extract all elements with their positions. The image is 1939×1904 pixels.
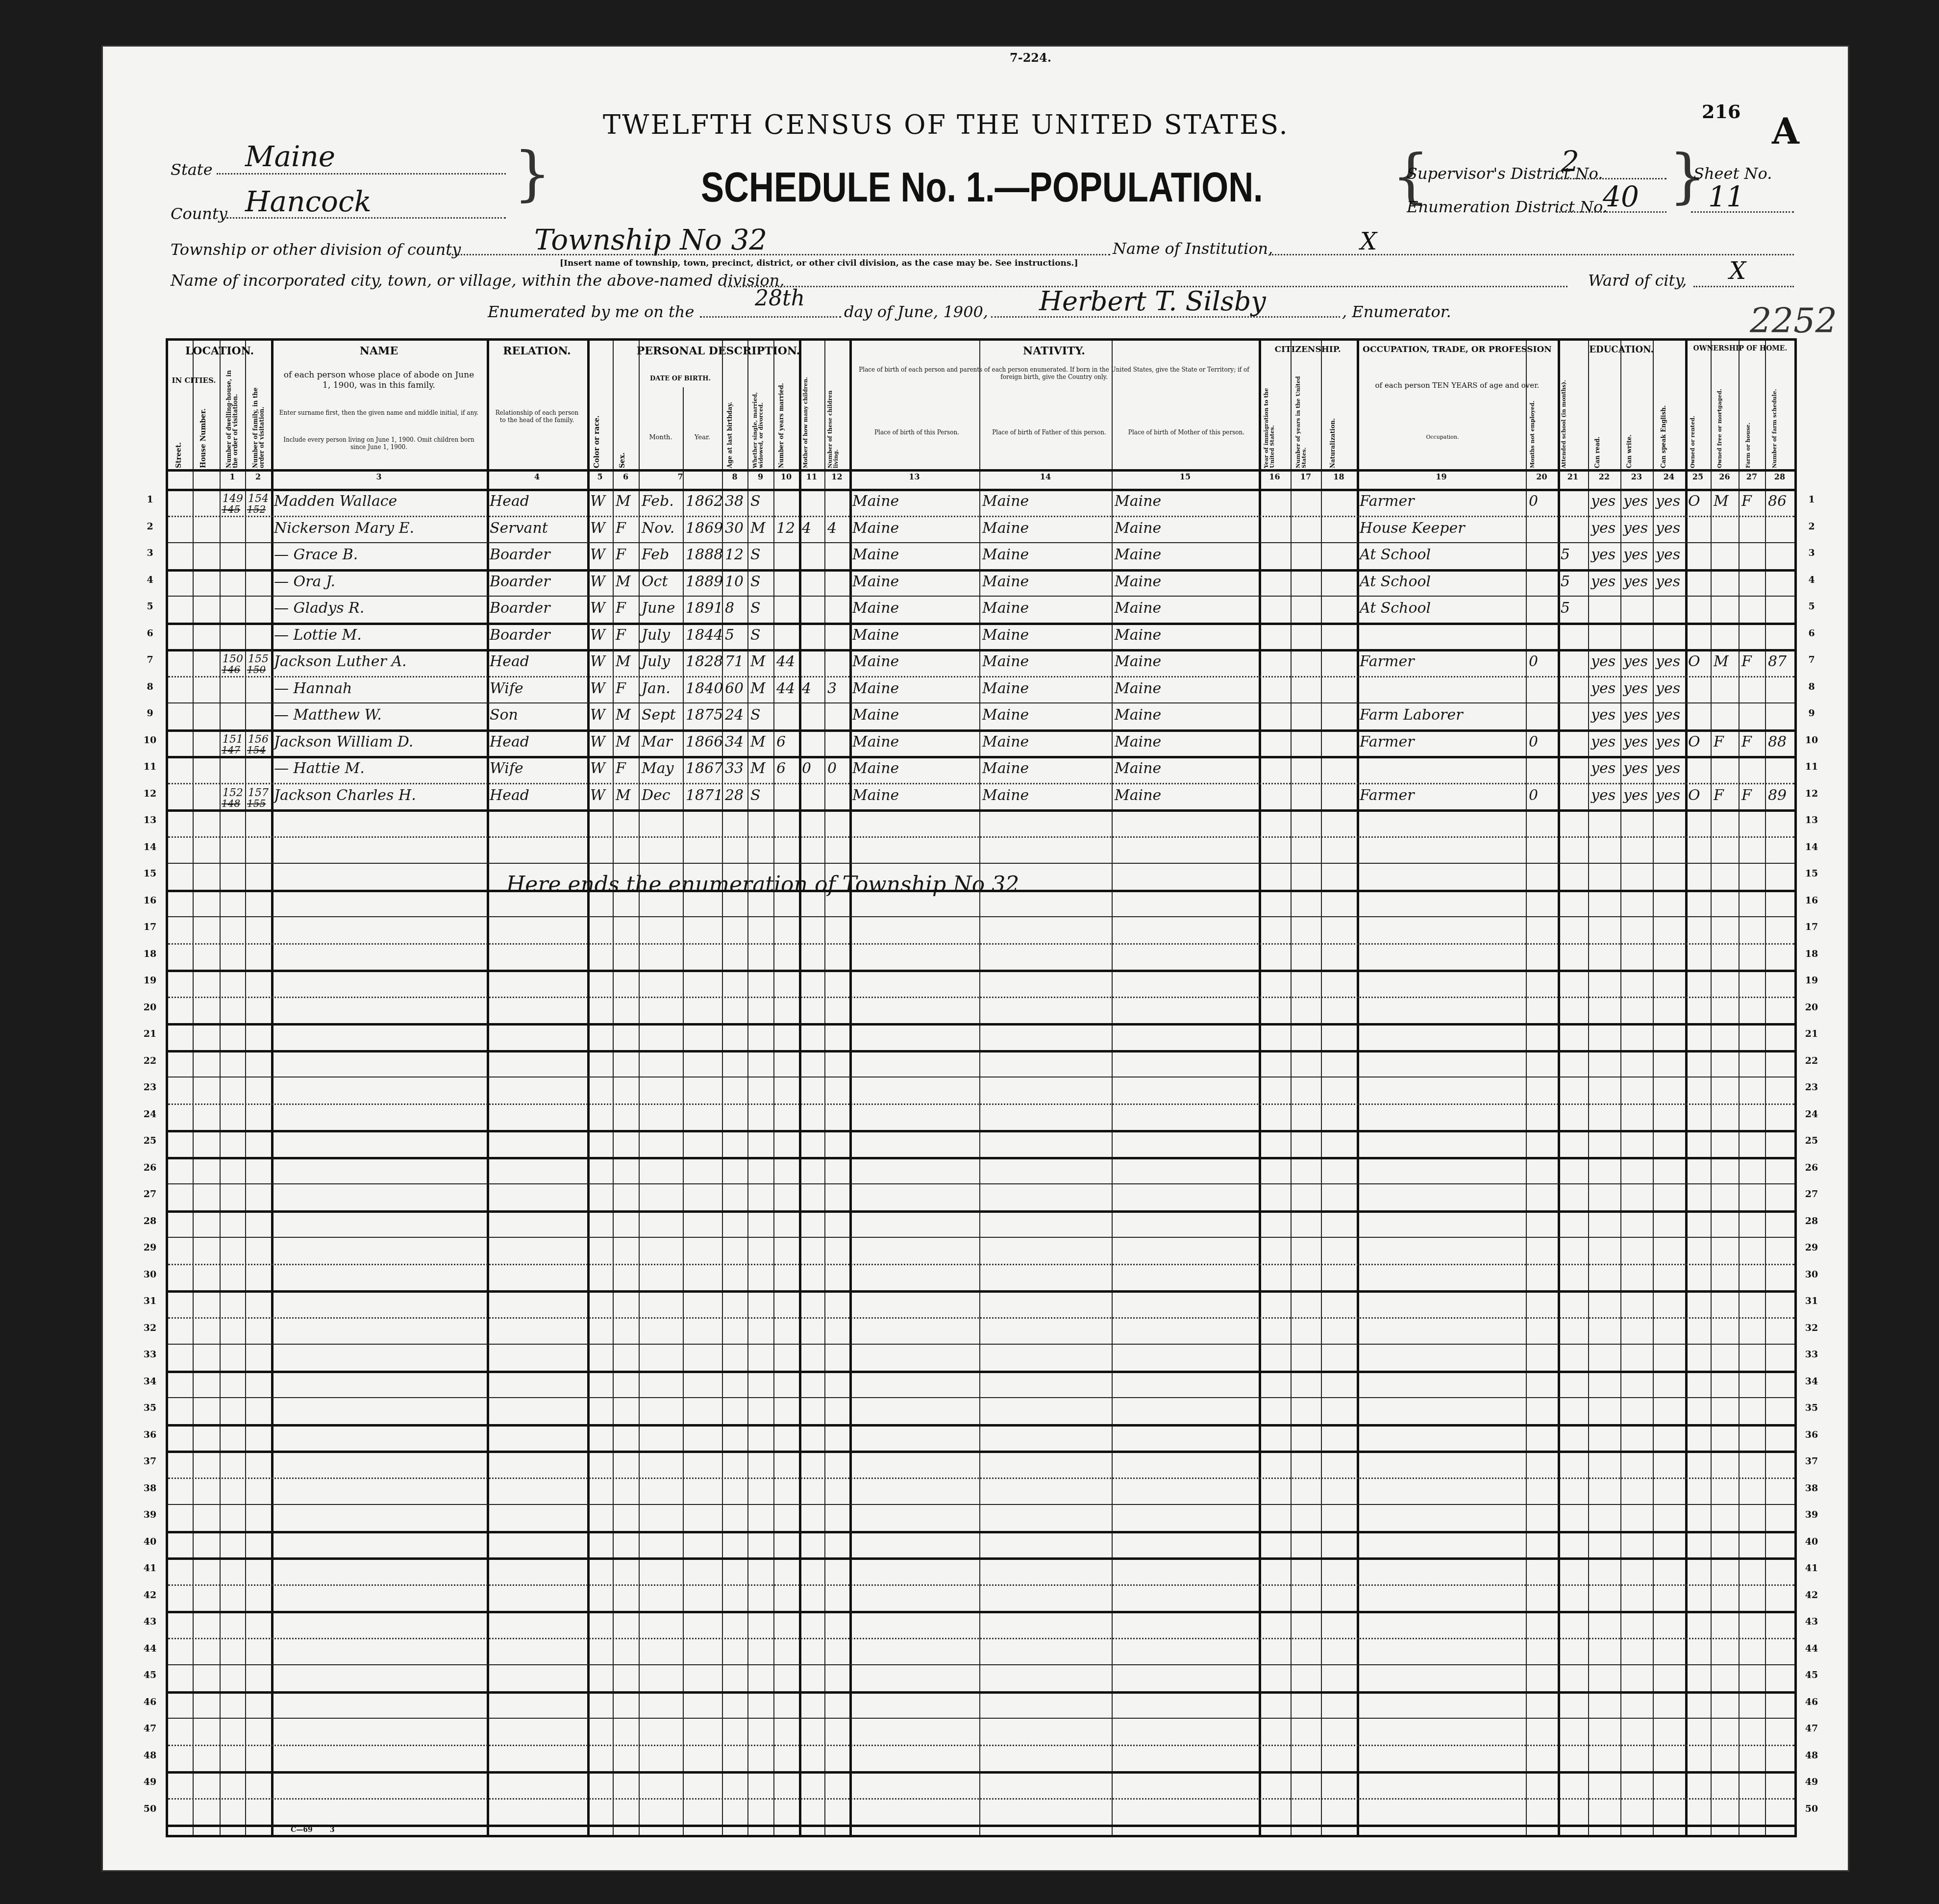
cell-year: 1889 <box>686 573 723 590</box>
line-number-left: 12 <box>140 788 160 799</box>
cell-name: — Matthew W. <box>274 706 382 724</box>
line-number-right: 38 <box>1802 1483 1821 1494</box>
cell-marital: S <box>750 706 761 724</box>
row-rule <box>168 1584 1794 1586</box>
cell-month: Sept <box>642 706 676 724</box>
cell-occupation: Farmer <box>1360 493 1415 510</box>
vh-attended-school: Attended school (in months). <box>1561 370 1567 468</box>
cell-birth-person: Maine <box>852 760 899 777</box>
cell-yrs-married: 6 <box>776 760 786 777</box>
line-number-right: 29 <box>1802 1242 1821 1253</box>
line-number-right: 47 <box>1802 1723 1821 1734</box>
cell-speak: yes <box>1656 733 1680 751</box>
row-rule <box>168 997 1794 998</box>
column-number: 10 <box>773 472 799 481</box>
cell-age: 30 <box>725 520 744 537</box>
cell-sex: M <box>616 733 631 751</box>
cell-owned: O <box>1688 787 1700 804</box>
cell-age: 24 <box>725 706 744 724</box>
cell-color: W <box>590 706 605 724</box>
line-number-right: 46 <box>1802 1697 1821 1707</box>
cell-birth-mother: Maine <box>1115 680 1161 697</box>
cell-farm-sched: 89 <box>1768 787 1787 804</box>
cell-relation: Head <box>490 787 529 804</box>
line-number-right: 14 <box>1802 842 1821 852</box>
cell-read: yes <box>1591 733 1616 751</box>
column-number: 16 <box>1259 472 1291 481</box>
date-of-birth: DATE OF BIRTH. <box>639 375 722 383</box>
line-number-right: 45 <box>1802 1670 1821 1680</box>
cell-birth-person: Maine <box>852 733 899 751</box>
line-number-right: 40 <box>1802 1536 1821 1547</box>
cell-speak: yes <box>1656 706 1680 724</box>
cell-owned: O <box>1688 733 1700 751</box>
line-number-left: 19 <box>140 975 160 986</box>
line-number-right: 3 <box>1802 548 1821 558</box>
cell-birth-person: Maine <box>852 653 899 670</box>
cell-birth-person: Maine <box>852 493 899 510</box>
cell-month: Feb. <box>642 493 674 510</box>
cell-birth-father: Maine <box>982 733 1029 751</box>
line-number-left: 11 <box>140 761 160 772</box>
stamp-number: 2252 <box>1750 301 1837 341</box>
column-number: 1 <box>220 472 245 481</box>
cell-farm-sched: 86 <box>1768 493 1787 510</box>
line-number-left: 7 <box>140 654 160 665</box>
cell-read: yes <box>1591 520 1616 537</box>
day-line <box>700 316 841 318</box>
cell-color: W <box>590 573 605 590</box>
cell-relation: Servant <box>490 520 548 537</box>
cell-write: yes <box>1623 706 1648 724</box>
cell-birth-mother: Maine <box>1115 626 1161 644</box>
township-label: Township or other division of county <box>171 240 461 259</box>
cell-month: May <box>642 760 674 777</box>
cell-sex: M <box>616 653 631 670</box>
cell-marital: S <box>750 626 761 644</box>
cell-birth-person: Maine <box>852 546 899 563</box>
cell-month: Mar <box>642 733 672 751</box>
cell-age: 60 <box>725 680 744 697</box>
line-number-left: 35 <box>140 1403 160 1413</box>
cell-year: 1871 <box>686 787 723 804</box>
cell-occupation: At School <box>1360 546 1431 563</box>
table-row: — Gladys R.BoarderWFJune18918SMaineMaine… <box>168 596 1794 623</box>
column-number: 11 <box>799 472 824 481</box>
column-number: 20 <box>1526 472 1558 481</box>
vh-owned-rented: Owned or rented. <box>1690 370 1696 468</box>
cell-speak: yes <box>1656 546 1680 563</box>
cell-occupation: House Keeper <box>1360 520 1465 537</box>
cell-month: June <box>642 600 675 617</box>
cell-birth-person: Maine <box>852 706 899 724</box>
vh-farm-house: Farm or house. <box>1745 370 1751 468</box>
line-number-right: 30 <box>1802 1269 1821 1280</box>
supervisor-line <box>1549 178 1666 179</box>
cell-write: yes <box>1623 573 1648 590</box>
print-num: 3 <box>330 1826 335 1835</box>
line-number-right: 19 <box>1802 975 1821 986</box>
line-number-right: 27 <box>1802 1189 1821 1200</box>
birth-father-label: Place of birth of Father of this person. <box>987 429 1112 436</box>
line-number-right: 18 <box>1802 949 1821 959</box>
cell-unemployed: 0 <box>1529 733 1538 751</box>
line-number-left: 15 <box>140 868 160 879</box>
table-row: — Grace B.BoarderWFFeb188812SMaineMaineM… <box>168 542 1794 569</box>
row-rule <box>168 1344 1794 1345</box>
cell-sex: F <box>616 546 626 563</box>
cell-marital: S <box>750 546 761 563</box>
cell-year: 1891 <box>686 600 723 617</box>
cell-speak: yes <box>1656 520 1680 537</box>
cell-farm: F <box>1741 653 1752 670</box>
cell-mother-of: 4 <box>802 680 811 697</box>
cell-relation: Boarder <box>490 600 550 617</box>
line-number-right: 49 <box>1802 1777 1821 1787</box>
cell-birth-father: Maine <box>982 520 1029 537</box>
state-value: Maine <box>245 140 335 173</box>
table-row: 150155Jackson Luther A.HeadWMJuly182871M… <box>168 649 1794 676</box>
struck-family-number: 154 <box>247 744 266 756</box>
vh-dwelling: Number of dwelling-house, in the order o… <box>226 370 239 468</box>
line-number-left: 46 <box>140 1697 160 1707</box>
row-rule <box>168 1157 1794 1159</box>
row-rule <box>168 1718 1794 1719</box>
cell-write: yes <box>1623 787 1648 804</box>
cell-age: 33 <box>725 760 744 777</box>
sheet-value: 11 <box>1708 180 1744 213</box>
line-number-left: 26 <box>140 1162 160 1173</box>
cell-read: yes <box>1591 653 1616 670</box>
cell-owned: O <box>1688 493 1700 510</box>
header-rule <box>168 469 1794 472</box>
line-number-right: 2 <box>1802 521 1821 532</box>
line-number-right: 34 <box>1802 1376 1821 1387</box>
row-rule <box>168 1478 1794 1479</box>
line-number-right: 10 <box>1802 735 1821 746</box>
column-number: 9 <box>747 472 773 481</box>
table-row: 152157Jackson Charles H.HeadWMDec187128S… <box>168 783 1794 810</box>
cell-birth-mother: Maine <box>1115 706 1161 724</box>
cell-birth-person: Maine <box>852 520 899 537</box>
cell-birth-father: Maine <box>982 600 1029 617</box>
row-rule <box>168 1077 1794 1077</box>
line-number-right: 22 <box>1802 1055 1821 1066</box>
table-row: — HannahWifeWFJan.184060M4443MaineMaineM… <box>168 676 1794 703</box>
column-number: 4 <box>487 472 587 481</box>
row-rule <box>168 1424 1794 1427</box>
state-label: State <box>171 160 213 179</box>
county-value: Hancock <box>245 185 372 218</box>
cell-birth-father: Maine <box>982 706 1029 724</box>
column-number: 27 <box>1739 472 1765 481</box>
line-number-left: 32 <box>140 1323 160 1333</box>
cell-color: W <box>590 680 605 697</box>
cell-farm: F <box>1741 787 1752 804</box>
cell-sex: F <box>616 626 626 644</box>
cell-month: Nov. <box>642 520 674 537</box>
name-desc: of each person whose place of abode on J… <box>278 370 479 391</box>
cell-free: M <box>1714 493 1729 510</box>
column-number: 13 <box>849 472 979 481</box>
line-number-right: 21 <box>1802 1028 1821 1039</box>
line-number-left: 45 <box>140 1670 160 1680</box>
cell-school: 5 <box>1561 546 1570 563</box>
line-number-right: 6 <box>1802 628 1821 639</box>
cell-yrs-married: 6 <box>776 733 786 751</box>
struck-family-number: 155 <box>247 798 266 809</box>
line-number-left: 36 <box>140 1429 160 1440</box>
line-number-right: 37 <box>1802 1456 1821 1467</box>
ward-line <box>1693 286 1794 287</box>
line-number-left: 13 <box>140 815 160 826</box>
column-number: 23 <box>1620 472 1653 481</box>
line-number-right: 12 <box>1802 788 1821 799</box>
month-label: Month. <box>639 434 683 442</box>
line-number-left: 14 <box>140 842 160 852</box>
group-occupation: OCCUPATION, TRADE, OR PROFESSION <box>1357 345 1558 354</box>
state-line <box>217 173 506 175</box>
cell-write: yes <box>1623 493 1648 510</box>
line-number-right: 4 <box>1802 575 1821 585</box>
line-number-right: 11 <box>1802 761 1821 772</box>
cell-name: — Hattie M. <box>274 760 365 777</box>
row-rule <box>168 1237 1794 1238</box>
cell-owned: O <box>1688 653 1700 670</box>
cell-birth-mother: Maine <box>1115 653 1161 670</box>
line-number-left: 8 <box>140 681 160 692</box>
line-number-left: 23 <box>140 1082 160 1093</box>
line-number-right: 26 <box>1802 1162 1821 1173</box>
cell-marital: S <box>750 600 761 617</box>
line-number-right: 8 <box>1802 681 1821 692</box>
census-sheet: 7-224. 216 A TWELFTH CENSUS OF THE UNITE… <box>103 47 1848 1870</box>
cell-free: M <box>1714 653 1729 670</box>
schedule-title: SCHEDULE No. 1.—POPULATION. <box>701 163 1263 212</box>
cell-yrs-married: 12 <box>776 520 795 537</box>
line-number-right: 16 <box>1802 895 1821 906</box>
table-row: — Lottie M.BoarderWFJuly18445SMaineMaine… <box>168 623 1794 650</box>
cell-color: W <box>590 760 605 777</box>
row-rule <box>168 1397 1794 1398</box>
cell-relation: Wife <box>490 680 523 697</box>
in-cities: IN CITIES. <box>168 376 220 385</box>
population-table: LOCATION. IN CITIES. NAME of each person… <box>166 338 1797 1837</box>
enumerator-label: , Enumerator. <box>1342 302 1451 321</box>
cell-month: Jan. <box>642 680 671 697</box>
cell-name: — Grace B. <box>274 546 358 563</box>
cell-speak: yes <box>1656 787 1680 804</box>
cell-relation: Boarder <box>490 573 550 590</box>
line-number-right: 17 <box>1802 922 1821 932</box>
cell-month: Oct <box>642 573 668 590</box>
cell-marital: M <box>750 653 766 670</box>
line-number-right: 20 <box>1802 1002 1821 1013</box>
cell-living: 3 <box>827 680 837 697</box>
cell-occupation: Farmer <box>1360 787 1415 804</box>
cell-occupation: Farmer <box>1360 653 1415 670</box>
cell-name: Jackson Charles H. <box>274 787 416 804</box>
line-number-left: 49 <box>140 1777 160 1787</box>
vh-farm-schedule: Number of farm schedule. <box>1772 370 1778 468</box>
struck-family-number: 150 <box>247 664 266 676</box>
column-number: 2 <box>245 472 271 481</box>
line-number-right: 41 <box>1802 1563 1821 1574</box>
table-row: 149154Madden WallaceHeadWMFeb.186238SMai… <box>168 489 1794 516</box>
vh-immigration: Year of immigration to the United States… <box>1264 370 1275 468</box>
cell-unemployed: 0 <box>1529 787 1538 804</box>
cell-birth-father: Maine <box>982 626 1029 644</box>
row-rule <box>168 1664 1794 1665</box>
cell-relation: Son <box>490 706 518 724</box>
occupation-desc: of each person TEN YEARS of age and over… <box>1362 381 1553 390</box>
cell-write: yes <box>1623 546 1648 563</box>
cell-farm: F <box>1741 733 1752 751</box>
line-number-left: 31 <box>140 1296 160 1306</box>
cell-occupation: At School <box>1360 600 1431 617</box>
cell-birth-person: Maine <box>852 626 899 644</box>
vh-sex: Sex. <box>619 395 626 468</box>
line-number-left: 43 <box>140 1616 160 1627</box>
row-rule <box>168 1317 1794 1319</box>
cell-birth-person: Maine <box>852 680 899 697</box>
township-note: [Insert name of township, town, precinct… <box>560 258 1078 268</box>
row-rule <box>168 1451 1794 1453</box>
incorporated-label: Name of incorporated city, town, or vill… <box>171 271 784 290</box>
cell-read: yes <box>1591 493 1616 510</box>
cell-free: F <box>1714 733 1724 751</box>
cell-birth-father: Maine <box>982 493 1029 510</box>
line-number-left: 6 <box>140 628 160 639</box>
row-rule <box>168 1531 1794 1533</box>
row-rule <box>168 1371 1794 1373</box>
cell-living: 0 <box>827 760 837 777</box>
column-number: 21 <box>1558 472 1588 481</box>
vh-age: Age at last birthday. <box>727 370 733 468</box>
cell-age: 38 <box>725 493 744 510</box>
name-instr1: Enter surname first, then the given name… <box>278 409 479 417</box>
row-rule <box>168 1771 1794 1774</box>
cell-name: — Hannah <box>274 680 352 697</box>
line-number-right: 50 <box>1802 1804 1821 1814</box>
township-value: Township No 32 <box>534 223 767 256</box>
line-number-right: 15 <box>1802 868 1821 879</box>
cell-month: July <box>642 653 670 670</box>
enumerated-day: 28th <box>755 286 805 311</box>
cell-age: 12 <box>725 546 744 563</box>
line-number-right: 7 <box>1802 654 1821 665</box>
line-number-left: 27 <box>140 1189 160 1200</box>
table-row: — Matthew W.SonWMSept187524SMaineMaineMa… <box>168 702 1794 729</box>
cell-write: yes <box>1623 653 1648 670</box>
cell-color: W <box>590 626 605 644</box>
line-number-left: 10 <box>140 735 160 746</box>
cell-color: W <box>590 493 605 510</box>
vh-house-number: House Number. <box>200 395 207 468</box>
cell-sex: M <box>616 573 631 590</box>
cell-relation: Head <box>490 653 529 670</box>
row-rule <box>168 809 1794 812</box>
cell-sex: F <box>616 760 626 777</box>
cell-farm-sched: 87 <box>1768 653 1787 670</box>
county-label: County <box>171 204 227 223</box>
cell-name: Jackson Luther A. <box>274 653 407 670</box>
cell-relation: Head <box>490 493 529 510</box>
cell-color: W <box>590 787 605 804</box>
cell-age: 28 <box>725 787 744 804</box>
cell-color: W <box>590 600 605 617</box>
form-code: 7-224. <box>1010 50 1051 65</box>
column-number: 26 <box>1711 472 1739 481</box>
cell-year: 1828 <box>686 653 723 670</box>
table-row: Nickerson Mary E.ServantWFNov.186930M124… <box>168 516 1794 543</box>
cell-read: yes <box>1591 787 1616 804</box>
cell-marital: M <box>750 520 766 537</box>
line-number-left: 2 <box>140 521 160 532</box>
column-number: 19 <box>1357 472 1526 481</box>
cell-month: July <box>642 626 670 644</box>
vh-marital: Whether single, married, widowed, or div… <box>752 370 764 468</box>
cell-birth-father: Maine <box>982 680 1029 697</box>
line-number-left: 5 <box>140 601 160 612</box>
row-rule <box>168 1638 1794 1639</box>
row-rule <box>168 1290 1794 1293</box>
census-title: TWELFTH CENSUS OF THE UNITED STATES. <box>603 109 1289 140</box>
line-number-left: 48 <box>140 1750 160 1761</box>
group-personal: PERSONAL DESCRIPTION. <box>587 345 849 357</box>
line-number-left: 16 <box>140 895 160 906</box>
cell-sex: F <box>616 520 626 537</box>
line-number-left: 29 <box>140 1242 160 1253</box>
institution-value: X <box>1360 228 1377 255</box>
line-number-right: 25 <box>1802 1135 1821 1146</box>
cell-relation: Head <box>490 733 529 751</box>
vh-family: Number of family, in the order of visita… <box>252 370 265 468</box>
struck-family-number: 152 <box>247 503 266 515</box>
cell-sex: F <box>616 600 626 617</box>
year-label: Year. <box>683 434 722 442</box>
cell-sex: M <box>616 493 631 510</box>
row-rule <box>168 970 1794 972</box>
cell-birth-father: Maine <box>982 546 1029 563</box>
column-number: 3 <box>271 472 487 481</box>
cell-marital: M <box>750 760 766 777</box>
cell-month: Feb <box>642 546 669 563</box>
struck-dwelling-number: 146 <box>222 664 240 676</box>
cell-year: 1888 <box>686 546 723 563</box>
line-number-left: 28 <box>140 1216 160 1227</box>
line-number-left: 22 <box>140 1055 160 1066</box>
cell-mother-of: 0 <box>802 760 811 777</box>
line-number-right: 42 <box>1802 1590 1821 1601</box>
line-number-left: 40 <box>140 1536 160 1547</box>
row-rule <box>168 890 1794 892</box>
cell-write: yes <box>1623 733 1648 751</box>
column-number: 15 <box>1112 472 1259 481</box>
line-number-right: 24 <box>1802 1109 1821 1120</box>
cell-relation: Boarder <box>490 626 550 644</box>
vh-years-married: Number of years married. <box>778 370 785 468</box>
cell-birth-father: Maine <box>982 760 1029 777</box>
cell-color: W <box>590 520 605 537</box>
row-rule <box>168 1130 1794 1132</box>
birth-mother-label: Place of birth of Mother of this person. <box>1121 429 1251 436</box>
row-rule <box>168 1691 1794 1694</box>
cell-farm-sched: 88 <box>1768 733 1787 751</box>
cell-write: yes <box>1623 680 1648 697</box>
vh-can-read: Can read. <box>1594 395 1601 468</box>
vh-months-unemployed: Months not employed. <box>1530 395 1536 468</box>
